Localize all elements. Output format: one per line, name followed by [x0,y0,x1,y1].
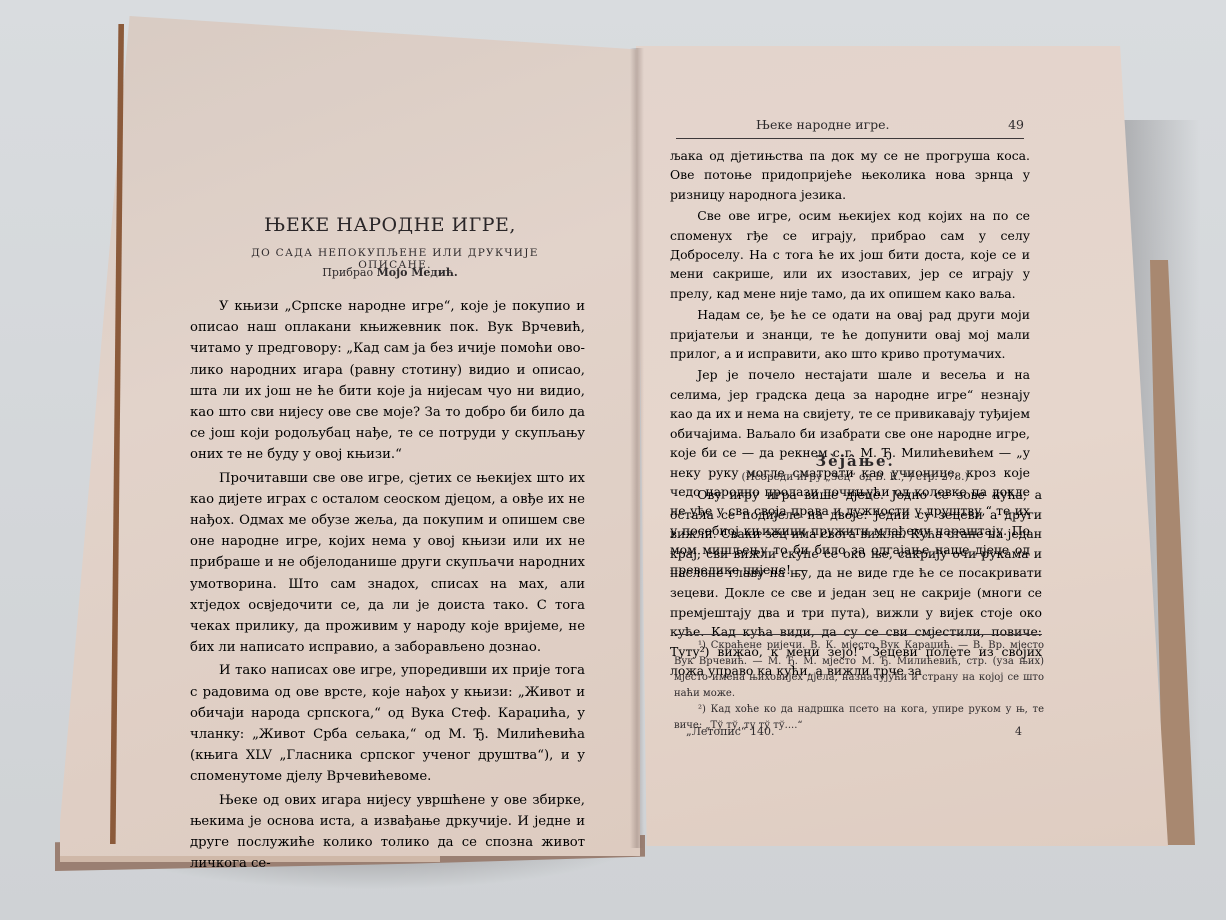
paragraph: У књизи „Српске народне игре“, које је п… [190,296,585,466]
paragraph: Њеке од ових игара нијесу увршћене у ове… [190,790,585,875]
article-byline: Прибрао Мојо Медић. [260,266,520,279]
page-number: 49 [1008,117,1024,132]
journal-signature: „Летопис“ 140. [686,725,775,738]
article-title: ЊЕКЕ НАРОДНЕ ИГРЕ, [260,214,520,236]
running-head-title: Њеке народне игре. [756,117,890,132]
section-reference: (Исореди игру „Зец“ од В. К.,¹) стр. 278… [690,471,1020,483]
footnote: ¹) Скраћене ријечи. В. К. мјесто Вук Кар… [674,638,1044,702]
sheet-number: 4 [1015,725,1022,738]
byline-prefix: Прибрао [322,266,373,279]
running-head: Њеке народне игре. 49 [676,117,1026,137]
author-name: Мојо Медић. [377,266,458,279]
paragraph: Надам се, ђе ће се одати на овај рад дру… [670,305,1030,363]
paragraph: И тако написах ове игре, упоредивши их п… [190,660,585,787]
header-rule [676,138,1024,139]
paragraph: љака од дјетињства па док му се не прогр… [670,146,1030,204]
left-body-text: У књизи „Српске народне игре“, које је п… [190,296,585,874]
footnotes: ¹) Скраћене ријечи. В. К. мјесто Вук Кар… [674,638,1044,734]
section-heading: Зѐја̂ње. [690,452,1020,470]
page-footer: „Летопис“ 140. 4 [686,725,1026,738]
footnote-rule [676,634,1042,635]
book-gutter [630,48,644,848]
paragraph: Све ове игре, осим њекијех код којих на … [670,206,1030,303]
paragraph: Прочитавши све ове игре, сјетих се њекиј… [190,468,585,659]
